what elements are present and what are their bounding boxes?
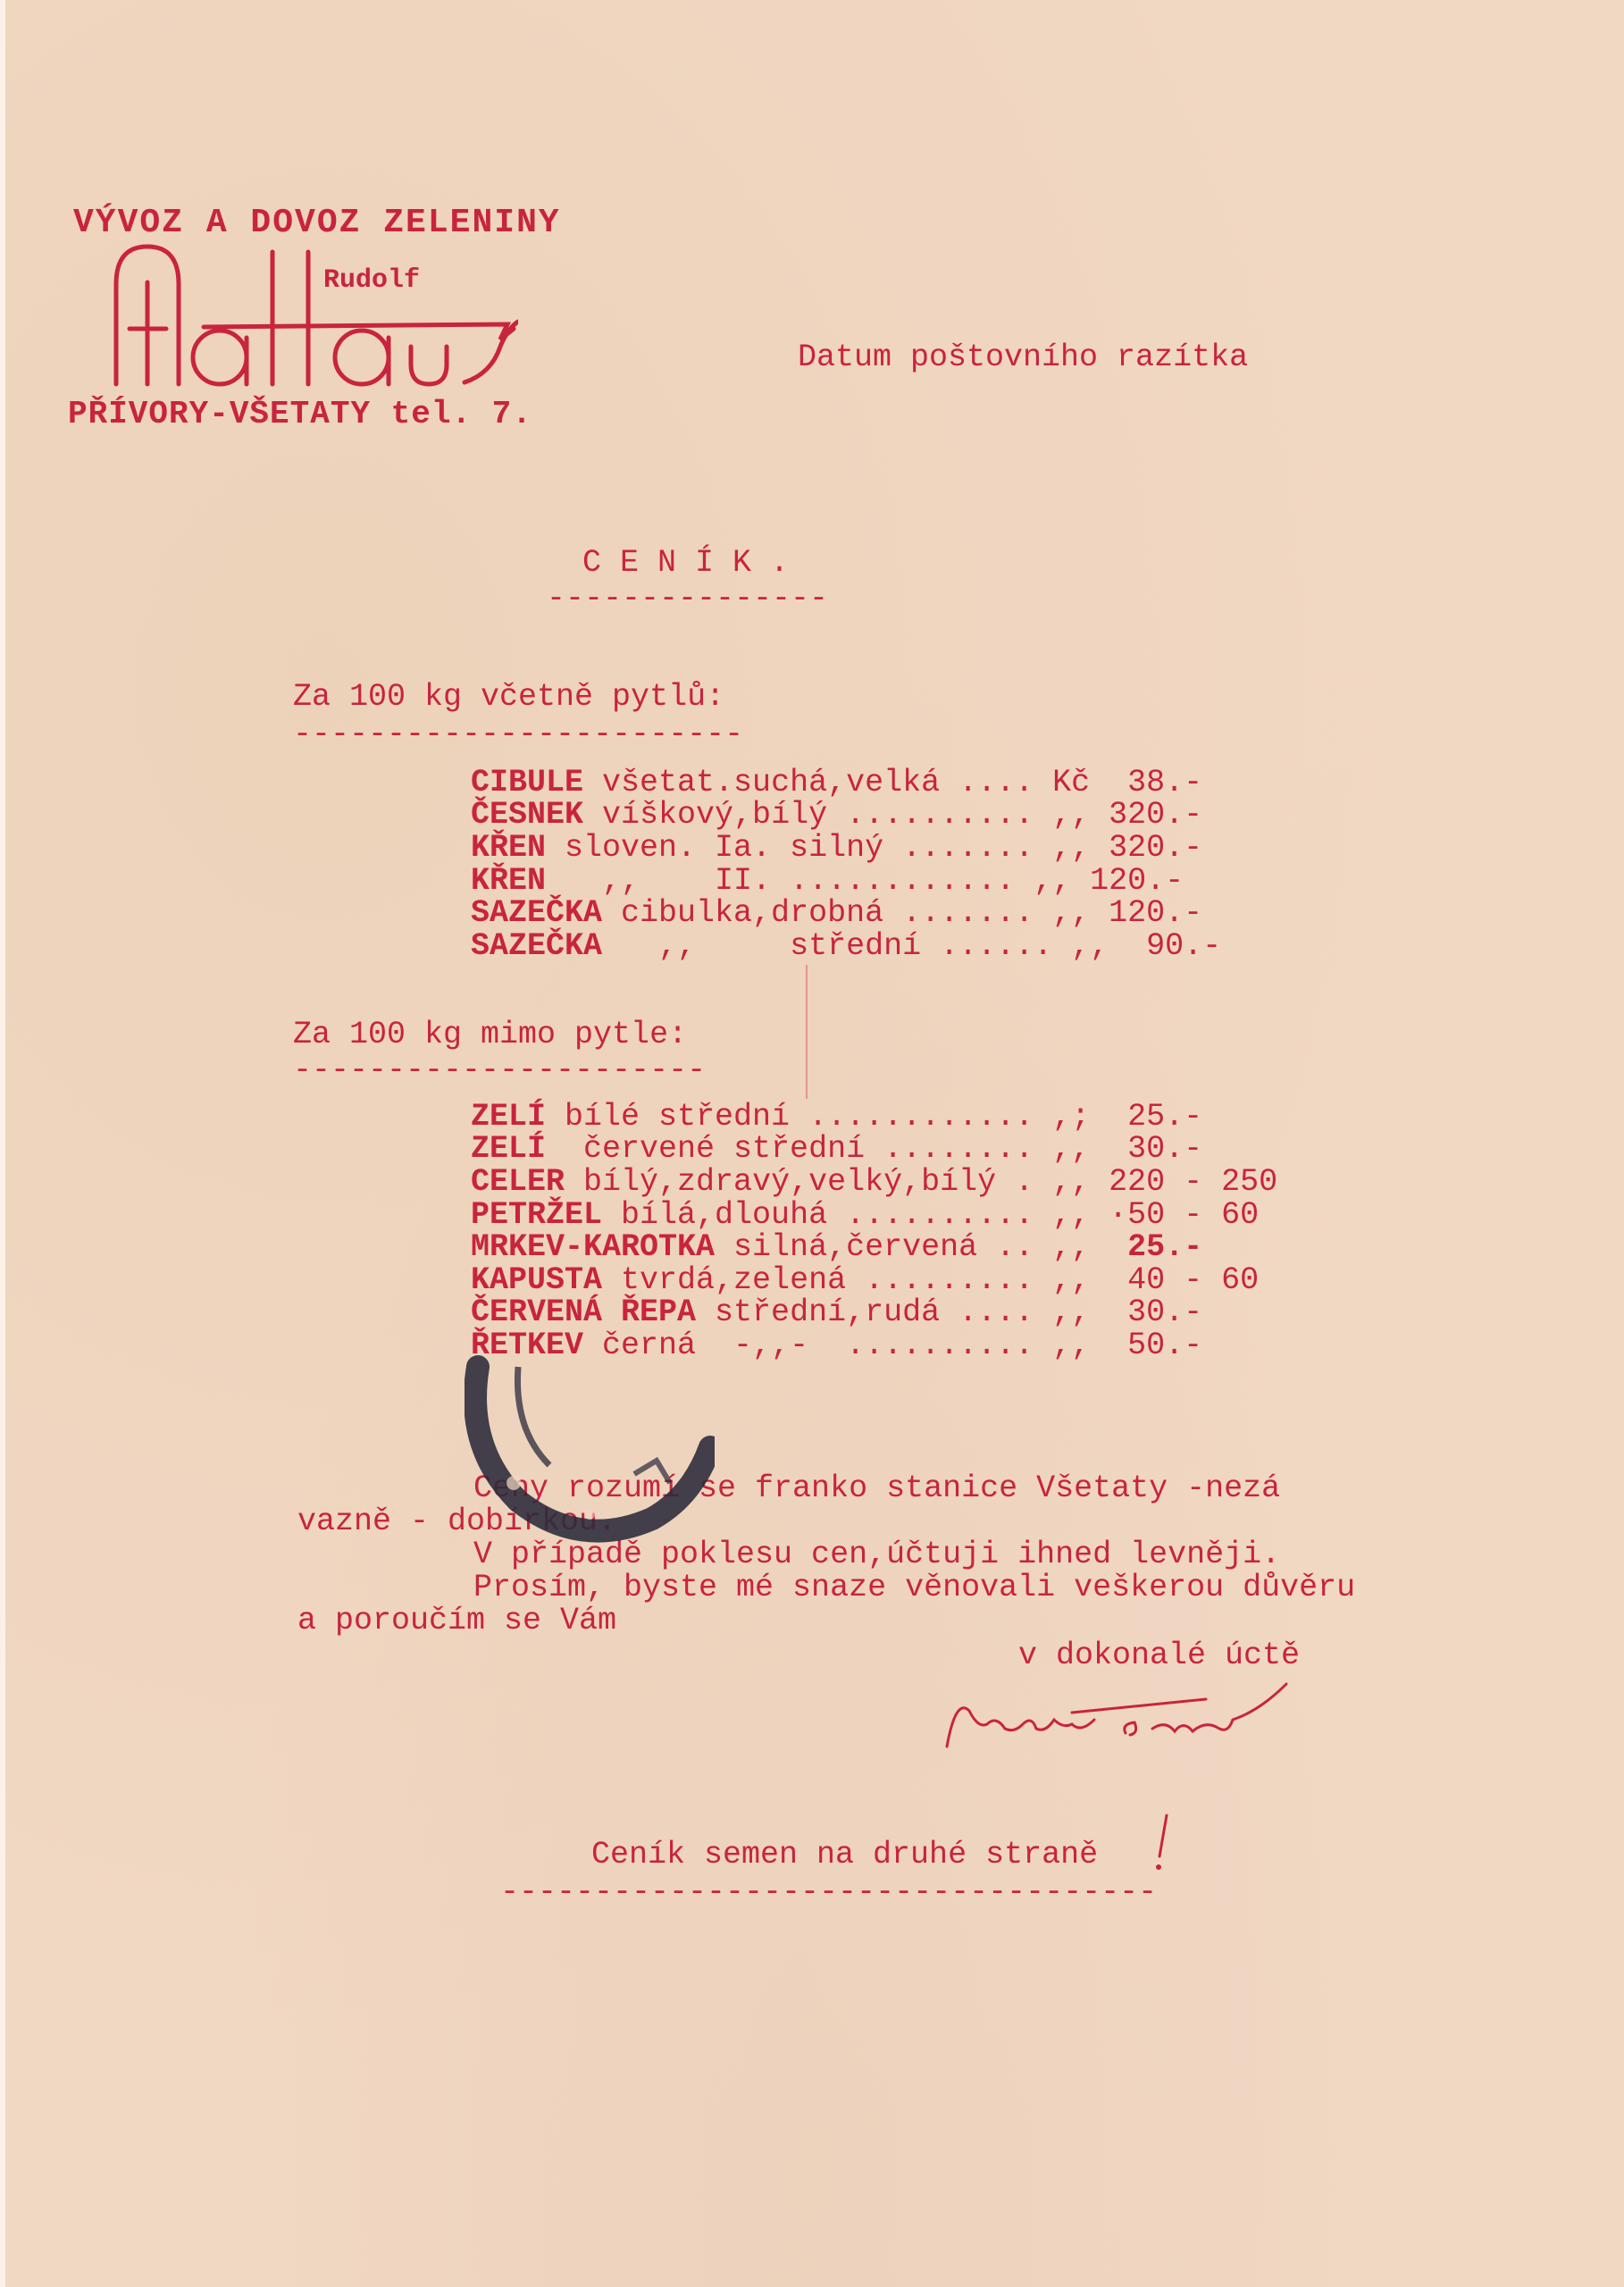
price-row: ČESNEK víškový,bílý .......... ,, 320.- xyxy=(471,799,1202,831)
currency-unit: Kč xyxy=(1034,765,1090,800)
product-description: ,, střední ...... xyxy=(602,928,1052,964)
product-name: KAPUSTA xyxy=(471,1262,602,1298)
product-name: SAZEČKA xyxy=(471,895,602,931)
product-name: KŘEN xyxy=(471,863,546,899)
product-name: MRKEV-KAROTKA xyxy=(471,1229,715,1265)
section-underline-with-bags: ------------------------ xyxy=(293,725,743,743)
price-row: KŘEN sloven. Ia. silný ....... ,, 320.- xyxy=(471,832,1202,864)
product-description: víškový,bílý .......... xyxy=(583,797,1034,833)
currency-unit: ,; xyxy=(1034,1099,1090,1135)
price-value: 320.- xyxy=(1090,830,1202,866)
product-description: silná,červená .. xyxy=(715,1229,1034,1265)
product-name: SAZEČKA xyxy=(471,928,602,964)
product-name: ZELÍ xyxy=(471,1131,546,1167)
price-row: ČERVENÁ ŘEPA střední,rudá .... ,, 30.- xyxy=(471,1296,1202,1328)
product-name: CIBULE xyxy=(471,765,583,800)
currency-unit: ,, xyxy=(1034,1328,1090,1363)
currency-unit: ,, xyxy=(1034,895,1090,931)
price-row: KŘEN ,, II. ............ ,, 120.- xyxy=(471,865,1184,897)
footer-underline: ----------------------------------- xyxy=(500,1883,1157,1901)
currency-unit: ,, xyxy=(1034,1164,1090,1200)
product-description: tvrdá,zelená ......... xyxy=(602,1262,1034,1298)
currency-unit: ,, xyxy=(1034,1294,1090,1330)
price-value: 120.- xyxy=(1090,895,1202,931)
currency-unit: ,, xyxy=(1052,928,1109,964)
product-name: KŘEN xyxy=(471,830,546,866)
price-value: 120.- xyxy=(1071,863,1184,899)
fold-mark xyxy=(806,965,808,1099)
section-heading-without-bags: Za 100 kg mimo pytle: xyxy=(293,1018,687,1051)
product-description: všetat.suchá,velká .... xyxy=(583,765,1034,800)
postal-stamp-fragment xyxy=(465,1349,715,1546)
currency-unit: ,, xyxy=(1034,797,1090,833)
body-line: a poroučím se Vám xyxy=(297,1604,616,1637)
product-description: bílý,zdravý,velký,bílý . xyxy=(565,1164,1034,1200)
product-description: ,, II. ............ xyxy=(546,863,1015,899)
currency-unit: ,, xyxy=(1015,863,1071,899)
paper-edge xyxy=(0,0,5,2287)
handwritten-exclamation-mark xyxy=(1152,1814,1170,1876)
product-name: ČERVENÁ ŘEPA xyxy=(471,1294,696,1330)
section-underline-without-bags: ---------------------- xyxy=(293,1061,706,1079)
price-row: SAZEČKA cibulka,drobná ....... ,, 120.- xyxy=(471,897,1202,929)
price-row: MRKEV-KAROTKA silná,červená .. ,, 25.- xyxy=(471,1231,1202,1263)
product-description: bílé střední ............ xyxy=(546,1099,1034,1135)
title-underline: --------------- xyxy=(547,590,828,607)
price-value: ·50 - 60 xyxy=(1090,1197,1259,1233)
product-name: ZELÍ xyxy=(471,1099,546,1135)
price-value: 30.- xyxy=(1090,1294,1202,1330)
postmark-date-note: Datum poštovního razítka xyxy=(798,341,1248,373)
product-description: střední,rudá .... xyxy=(696,1294,1034,1330)
price-row: SAZEČKA ,, střední ...... ,, 90.- xyxy=(471,930,1221,962)
price-value: 25.- xyxy=(1090,1099,1202,1135)
price-row: CIBULE všetat.suchá,velká .... Kč 38.- xyxy=(471,767,1202,799)
letterhead-address: PŘÍVORY-VŠETATY tel. 7. xyxy=(68,398,532,431)
currency-unit: ,, xyxy=(1034,830,1090,866)
currency-unit: ,, xyxy=(1034,1197,1090,1233)
price-value: 50.- xyxy=(1090,1328,1202,1363)
product-name: PETRŽEL xyxy=(471,1197,602,1233)
letterhead-first-name: Rudolf xyxy=(323,264,420,297)
page-title: C E N Í K . xyxy=(582,547,789,579)
product-description: bílá,dlouhá .......... xyxy=(602,1197,1034,1233)
currency-unit: ,, xyxy=(1034,1131,1090,1167)
price-row: CELER bílý,zdravý,velký,bílý . ,, 220 - … xyxy=(471,1166,1277,1198)
product-name: CELER xyxy=(471,1164,565,1200)
currency-unit: ,, xyxy=(1034,1229,1090,1265)
price-value: 30.- xyxy=(1090,1131,1202,1167)
product-name: ČESNEK xyxy=(471,797,583,833)
price-value: 320.- xyxy=(1090,797,1202,833)
price-value: 25.- xyxy=(1090,1229,1202,1265)
price-value: 40 - 60 xyxy=(1090,1262,1259,1298)
price-row: ZELÍ červené střední ........ ,, 30.- xyxy=(471,1133,1202,1165)
product-description: sloven. Ia. silný ....... xyxy=(546,830,1034,866)
letterhead-tagline: VÝVOZ A DOVOZ ZELENINY xyxy=(73,204,561,242)
price-row: PETRŽEL bílá,dlouhá .......... ,, ·50 - … xyxy=(471,1199,1259,1231)
seeds-pricelist-note: Ceník semen na druhé straně xyxy=(591,1839,1098,1871)
price-value: 38.- xyxy=(1090,765,1202,800)
product-description: cibulka,drobná ....... xyxy=(602,895,1034,931)
body-line: Prosím, byste mé snaze věnovali veškerou… xyxy=(473,1571,1355,1604)
price-value: 220 - 250 xyxy=(1090,1164,1277,1200)
company-logo xyxy=(107,239,518,391)
closing-phrase: v dokonalé úctě xyxy=(1018,1639,1300,1671)
handwritten-signature xyxy=(938,1680,1340,1778)
price-row: KAPUSTA tvrdá,zelená ......... ,, 40 - 6… xyxy=(471,1264,1259,1296)
price-value: 90.- xyxy=(1109,928,1221,964)
price-row: ZELÍ bílé střední ............ ,; 25.- xyxy=(471,1101,1202,1133)
product-description: červené střední ........ xyxy=(546,1131,1034,1167)
currency-unit: ,, xyxy=(1034,1262,1090,1298)
section-heading-with-bags: Za 100 kg včetně pytlů: xyxy=(293,681,724,713)
